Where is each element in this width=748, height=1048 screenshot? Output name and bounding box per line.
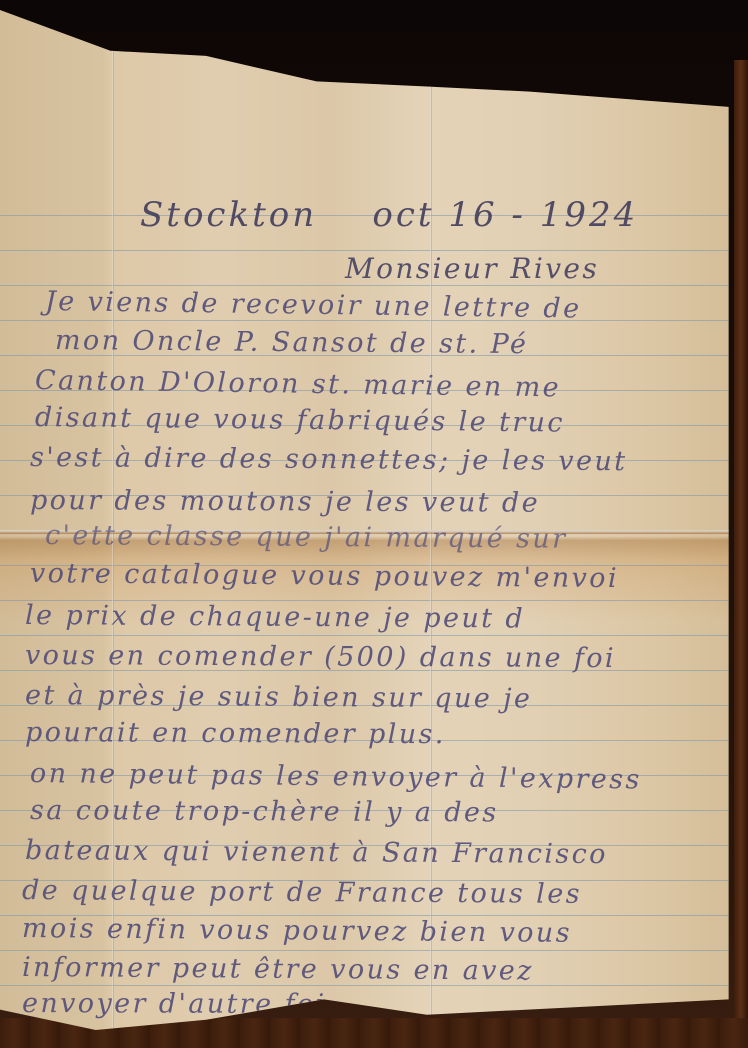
letter-line: votre catalogue vous pouvez m'envoi xyxy=(30,558,619,594)
letter-place: Stockton xyxy=(140,195,317,235)
letter-line: le prix de chaque-une je peut d xyxy=(25,600,525,634)
letter-line: bateaux qui vienent à San Francisco xyxy=(25,835,608,870)
letter-salutation: Monsieur Rives xyxy=(345,252,599,285)
letter-line: vous en comender (500) dans une foi xyxy=(25,640,616,674)
letter-paper: Stockton oct 16 - 1924 Monsieur Rives Je… xyxy=(0,10,736,1030)
letter-line: pourait en comender plus. xyxy=(25,717,446,750)
letter-place-date: Stockton oct 16 - 1924 xyxy=(140,195,638,235)
letter-line: Canton D'Oloron st. marie en me xyxy=(35,365,561,403)
letter-line: on ne peut pas les envoyer à l'express xyxy=(30,758,642,795)
letter-line: mon Oncle P. Sansot de st. Pé xyxy=(55,325,529,360)
letter-line: de quelque port de France tous les xyxy=(22,875,582,910)
letter-date: oct 16 - 1924 xyxy=(372,195,638,235)
letter-line: informer peut être vous en avez xyxy=(22,952,534,987)
letter-line: pour des moutons je les veut de xyxy=(30,485,540,519)
letter-line: c'ette classe que j'ai marqué sur xyxy=(45,520,568,555)
letter-body: Stockton oct 16 - 1924 Monsieur Rives Je… xyxy=(0,10,736,1030)
letter-line: disant que vous fabriqués le truc xyxy=(35,402,565,439)
letter-line: mois enfin vous pourvez bien vous xyxy=(22,913,572,949)
letter-line: Je viens de recevoir une lettre de xyxy=(45,286,582,324)
letter-line: et à près je suis bien sur que je xyxy=(25,680,533,715)
letter-line: sa coute trop-chère il y a des xyxy=(30,795,499,828)
wood-table-edge-right xyxy=(734,60,748,1048)
letter-line: s'est à dire des sonnettes; je les veut xyxy=(30,442,628,477)
